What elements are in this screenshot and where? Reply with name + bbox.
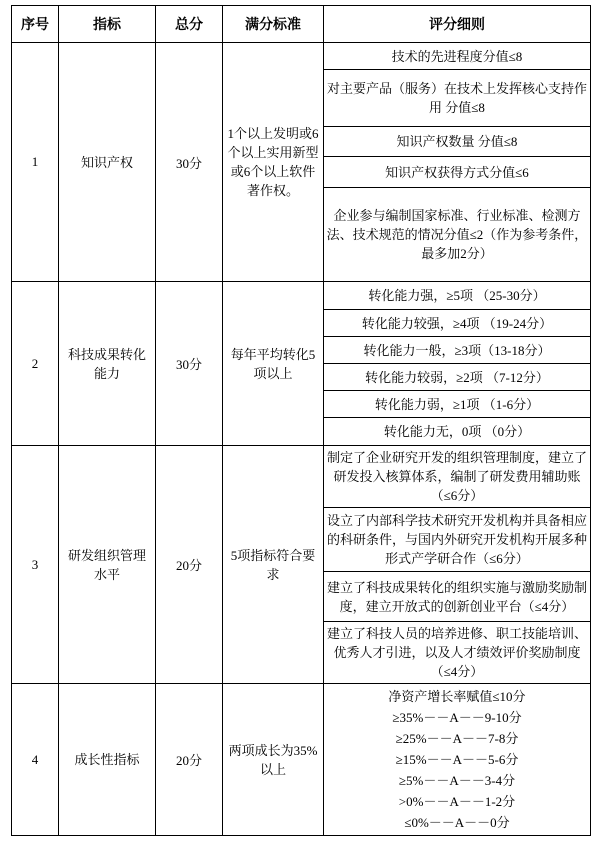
detail-item: 转化能力较强，≥4项 （19-24分） xyxy=(324,309,590,336)
row-indicator: 研发组织管理水平 xyxy=(59,446,156,684)
details-stack: 制定了企业研究开发的组织管理制度，建立了研发投入核算体系，编制了研发费用辅助账（… xyxy=(324,446,590,683)
detail-item: 制定了企业研究开发的组织管理制度，建立了研发投入核算体系，编制了研发费用辅助账（… xyxy=(324,446,590,507)
detail-item: 建立了科技人员的培养进修、职工技能培训、优秀人才引进，以及人才绩效评价奖励制度（… xyxy=(324,621,590,683)
detail-item: 建立了科技成果转化的组织实施与激励奖励制度，建立开放式的创新创业平台（≤4分） xyxy=(324,571,590,621)
row-no: 4 xyxy=(12,684,59,836)
col-header-scoring-rules: 评分细则 xyxy=(324,6,591,43)
details-stack: 技术的先进程度分值≤8 对主要产品（服务）在技术上发挥核心支持作用 分值≤8 知… xyxy=(324,43,590,281)
col-header-full-score-standard: 满分标准 xyxy=(223,6,324,43)
details-stack: 转化能力强，≥5项 （25-30分） 转化能力较强，≥4项 （19-24分） 转… xyxy=(324,282,590,445)
detail-item: 转化能力无，0项 （0分） xyxy=(324,417,590,445)
row-details-cell: 制定了企业研究开发的组织管理制度，建立了研发投入核算体系，编制了研发费用辅助账（… xyxy=(324,446,591,684)
detail-item: 知识产权数量 分值≤8 xyxy=(324,126,590,156)
detail-item: 企业参与编制国家标准、行业标准、检测方法、技术规范的情况分值≤2（作为参考条件，… xyxy=(324,187,590,281)
detail-item: 转化能力弱，≥1项 （1-6分） xyxy=(324,390,590,417)
row-standard: 每年平均转化5项以上 xyxy=(223,282,324,446)
scoring-criteria-table: 序号 指标 总分 满分标准 评分细则 1 知识产权 30分 1个以上发明或6个以… xyxy=(11,5,591,836)
detail-item: 对主要产品（服务）在技术上发挥核心支持作用 分值≤8 xyxy=(324,69,590,126)
document-page: 序号 指标 总分 满分标准 评分细则 1 知识产权 30分 1个以上发明或6个以… xyxy=(0,0,600,841)
row-details-cell: 转化能力强，≥5项 （25-30分） 转化能力较强，≥4项 （19-24分） 转… xyxy=(324,282,591,446)
details-stack: 净资产增长率赋值≤10分 ≥35%－－A－－9-10分 ≥25%－－A－－7-8… xyxy=(324,684,590,835)
row-no: 1 xyxy=(12,43,59,282)
row-score: 20分 xyxy=(156,446,223,684)
row-score: 30分 xyxy=(156,43,223,282)
row-indicator: 知识产权 xyxy=(59,43,156,282)
row-indicator: 成长性指标 xyxy=(59,684,156,836)
detail-item: 技术的先进程度分值≤8 xyxy=(324,43,590,69)
col-header-no: 序号 xyxy=(12,6,59,43)
detail-item: 转化能力一般，≥3项（13-18分） xyxy=(324,336,590,363)
row-no: 3 xyxy=(12,446,59,684)
row-standard: 1个以上发明或6个以上实用新型或6个以上软件著作权。 xyxy=(223,43,324,282)
table-row-rd-management: 3 研发组织管理水平 20分 5项指标符合要求 制定了企业研究开发的组织管理制度… xyxy=(12,446,591,684)
detail-item: 转化能力较弱，≥2项 （7-12分） xyxy=(324,363,590,390)
table-row-growth: 4 成长性指标 20分 两项成长为35%以上 净资产增长率赋值≤10分 ≥35%… xyxy=(12,684,591,836)
detail-item: 知识产权获得方式分值≤6 xyxy=(324,156,590,187)
row-details-cell: 净资产增长率赋值≤10分 ≥35%－－A－－9-10分 ≥25%－－A－－7-8… xyxy=(324,684,591,836)
row-no: 2 xyxy=(12,282,59,446)
detail-item: 设立了内部科学技术研究开发机构并具备相应的科研条件，与国内外研究开发机构开展多种… xyxy=(324,507,590,571)
col-header-total-score: 总分 xyxy=(156,6,223,43)
row-score: 20分 xyxy=(156,684,223,836)
table-row-transformation: 2 科技成果转化能力 30分 每年平均转化5项以上 转化能力强，≥5项 （25-… xyxy=(12,282,591,446)
header-row: 序号 指标 总分 满分标准 评分细则 xyxy=(12,6,591,43)
row-details-cell: 技术的先进程度分值≤8 对主要产品（服务）在技术上发挥核心支持作用 分值≤8 知… xyxy=(324,43,591,282)
row-indicator: 科技成果转化能力 xyxy=(59,282,156,446)
detail-item: 转化能力强，≥5项 （25-30分） xyxy=(324,282,590,309)
detail-item: 净资产增长率赋值≤10分 ≥35%－－A－－9-10分 ≥25%－－A－－7-8… xyxy=(324,684,590,835)
table-row-ip: 1 知识产权 30分 1个以上发明或6个以上实用新型或6个以上软件著作权。 技术… xyxy=(12,43,591,282)
row-standard: 两项成长为35%以上 xyxy=(223,684,324,836)
col-header-indicator: 指标 xyxy=(59,6,156,43)
row-score: 30分 xyxy=(156,282,223,446)
row-standard: 5项指标符合要求 xyxy=(223,446,324,684)
